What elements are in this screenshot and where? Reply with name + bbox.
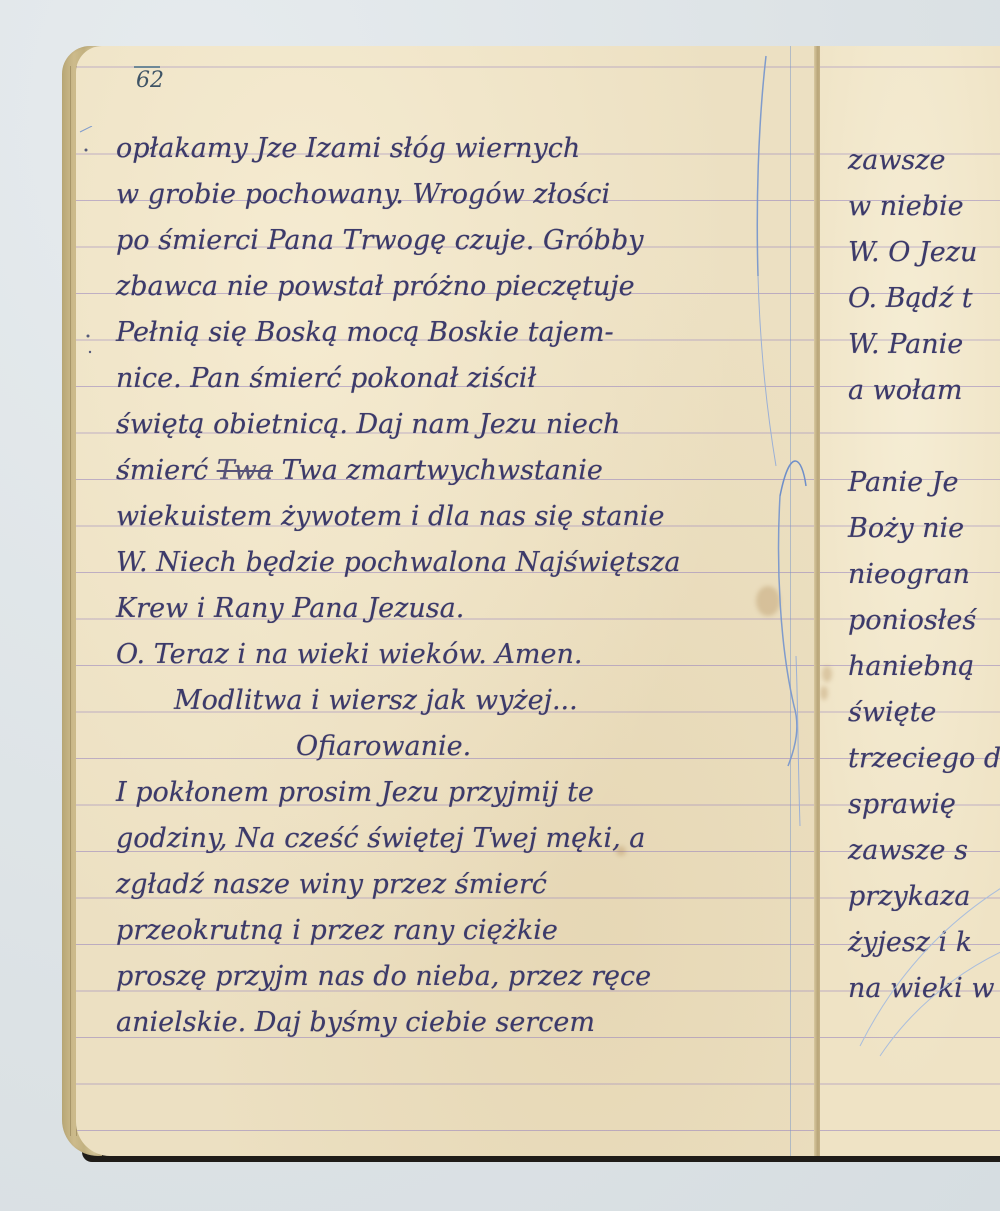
paper-stain — [822, 666, 832, 682]
text-fragment: śmierć — [116, 455, 208, 486]
text-fragment: Twa zmartwychwstanie — [282, 455, 603, 486]
text-line: świętą obietnicą. Daj nam Jezu niech — [116, 402, 806, 448]
stack-line — [70, 66, 71, 1136]
text-line: proszę przyjm nas do nieba, przez ręce — [116, 954, 806, 1000]
text-line: Modlitwa i wiersz jak wyżej... — [116, 678, 806, 724]
text-line: w grobie pochowany. Wrogów złości — [116, 172, 806, 218]
right-page: zawsze w niebie W. O Jezu O. Bądź t W. P… — [820, 46, 1000, 1156]
text-line: poniosłeś — [848, 598, 1000, 644]
text-line: Pełnią się Boską mocą Boskie tajem- — [116, 310, 806, 356]
text-line: wiekuistem żywotem i dla nas się stanie — [116, 494, 806, 540]
page-number: 62 — [136, 68, 164, 93]
text-line: trzeciego d — [848, 736, 1000, 782]
text-line: zawsze s — [848, 828, 1000, 874]
text-line: O. Bądź t — [848, 276, 1000, 322]
text-line: na wieki w — [848, 966, 1000, 1012]
notebook-spread: 62 opłakamy Jze Izami słóg wiernych w gr… — [62, 46, 1000, 1156]
struck-word: Twa — [217, 455, 273, 486]
text-line: żyjesz i k — [848, 920, 1000, 966]
text-line: I pokłonem prosim Jezu przyjmij te — [116, 770, 806, 816]
handwritten-text-right: zawsze w niebie W. O Jezu O. Bądź t W. P… — [848, 138, 1000, 1012]
text-line: sprawię — [848, 782, 1000, 828]
text-line: Krew i Rany Pana Jezusa. — [116, 586, 806, 632]
text-line: nieogran — [848, 552, 1000, 598]
text-line: w niebie — [848, 184, 1000, 230]
text-line: haniebną — [848, 644, 1000, 690]
text-line: W. Niech będzie pochwalona Najświętsza — [116, 540, 806, 586]
text-line: opłakamy Jze Izami słóg wiernych — [116, 126, 806, 172]
text-line: a wołam — [848, 368, 1000, 414]
paper-stain — [820, 686, 828, 700]
text-line: zbawca nie powstał próżno pieczętuje — [116, 264, 806, 310]
text-line: anielskie. Daj byśmy ciebie sercem — [116, 1000, 806, 1046]
text-line: Boży nie — [848, 506, 1000, 552]
handwritten-text-left: opłakamy Jze Izami słóg wiernych w grobi… — [116, 126, 806, 1046]
section-heading: Ofiarowanie. — [116, 724, 806, 770]
text-line: zawsze — [848, 138, 1000, 184]
text-line: Panie Je — [848, 460, 1000, 506]
text-line: W. Panie — [848, 322, 1000, 368]
text-line-with-strikeout: śmierć Twa Twa zmartwychwstanie — [116, 448, 806, 494]
text-line: zgładź nasze winy przez śmierć — [116, 862, 806, 908]
text-line: święte — [848, 690, 1000, 736]
text-line: przeokrutną i przez rany ciężkie — [116, 908, 806, 954]
blank-line — [848, 414, 1000, 460]
left-page: 62 opłakamy Jze Izami słóg wiernych w gr… — [76, 46, 818, 1156]
text-line: przykaza — [848, 874, 1000, 920]
text-line: godziny, Na cześć świętej Twej męki, a — [116, 816, 806, 862]
text-line: W. O Jezu — [848, 230, 1000, 276]
text-line: nice. Pan śmierć pokonał ziścił — [116, 356, 806, 402]
text-line: O. Teraz i na wieki wieków. Amen. — [116, 632, 806, 678]
text-line: po śmierci Pana Trwogę czuje. Gróbby — [116, 218, 806, 264]
